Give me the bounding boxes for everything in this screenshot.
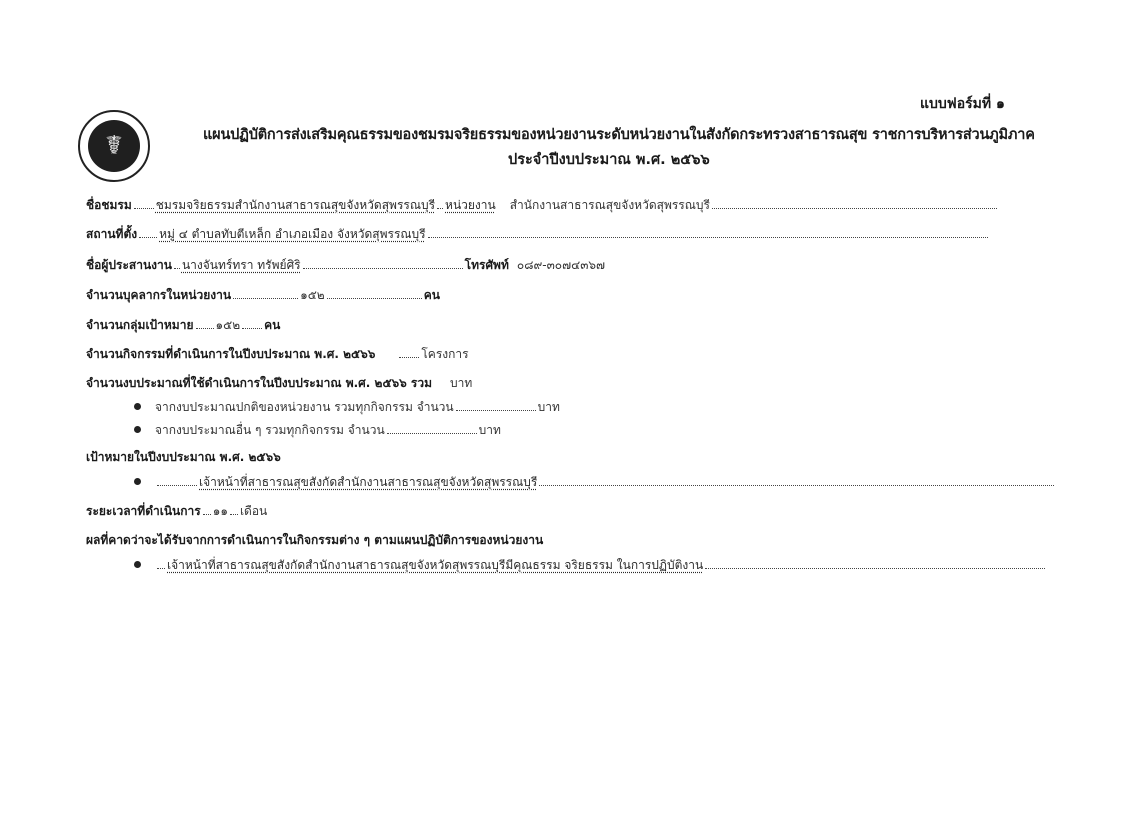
caduceus-icon: ☤: [88, 120, 140, 172]
staff-unit: คน: [424, 286, 440, 305]
duration-value: ๑๑: [213, 502, 228, 521]
club-value: ชมรมจริยธรรมสำนักงานสาธารณสุขจังหวัดสุพร…: [156, 196, 435, 215]
budget-unit: บาท: [450, 374, 472, 393]
staff-row: จำนวนบุคลากรในหน่วยงาน ๑๕๒ คน: [86, 286, 440, 305]
target-group-label: จำนวนกลุ่มเป้าหมาย: [86, 316, 194, 335]
document-subtitle: ประจำปีงบประมาณ พ.ศ. ๒๕๖๖: [508, 148, 710, 171]
staff-label: จำนวนบุคลากรในหน่วยงาน: [86, 286, 231, 305]
coordinator-label: ชื่อผู้ประสานงาน: [86, 256, 172, 275]
activities-unit: โครงการ: [421, 345, 468, 364]
budget-item: จากงบประมาณปกติของหน่วยงาน รวมทุกกิจกรรม…: [134, 398, 560, 417]
activities-row: จำนวนกิจกรรมที่ดำเนินการในปีงบประมาณ พ.ศ…: [86, 345, 469, 364]
budget-row: จำนวนงบประมาณที่ใช้ดำเนินการในปีงบประมาณ…: [86, 374, 472, 393]
duration-row: ระยะเวลาที่ดำเนินการ ๑๑ เดือน: [86, 502, 267, 521]
unit-value: สำนักงานสาธารณสุขจังหวัดสุพรรณบุรี: [510, 196, 710, 215]
location-row: สถานที่ตั้ง หมู่ ๔ ตำบลทับตีเหล็ก อำเภอเ…: [86, 225, 990, 244]
duration-unit: เดือน: [240, 502, 267, 521]
club-row: ชื่อชมรม ชมรมจริยธรรมสำนักงานสาธารณสุขจั…: [86, 196, 999, 215]
target-group-unit: คน: [264, 316, 280, 335]
phone-value: ๐๘๙-๓๐๗๔๓๖๗: [517, 256, 605, 275]
budget-label: จำนวนงบประมาณที่ใช้ดำเนินการในปีงบประมาณ…: [86, 374, 432, 393]
location-label: สถานที่ตั้ง: [86, 225, 137, 244]
expected-item: เจ้าหน้าที่สาธารณสุขสังกัดสำนักงานสาธารณ…: [134, 556, 1047, 575]
document-title: แผนปฏิบัติการส่งเสริมคุณธรรมของชมรมจริยธ…: [203, 123, 1035, 146]
activities-label: จำนวนกิจกรรมที่ดำเนินการในปีงบประมาณ พ.ศ…: [86, 345, 375, 364]
budget-item: จากงบประมาณอื่น ๆ รวมทุกกิจกรรม จำนวน บา…: [134, 421, 501, 440]
expected-label: ผลที่คาดว่าจะได้รับจากการดำเนินการในกิจก…: [86, 531, 543, 550]
unit-label: หน่วยงาน: [445, 196, 496, 215]
ministry-seal-logo: ☤: [78, 110, 150, 182]
goal-row: เป้าหมายในปีงบประมาณ พ.ศ. ๒๕๖๖: [86, 448, 281, 467]
bullet-icon: [134, 478, 141, 485]
coordinator-value: นางจันทร์ทรา ทรัพย์ศิริ: [182, 256, 301, 275]
goal-label: เป้าหมายในปีงบประมาณ พ.ศ. ๒๕๖๖: [86, 448, 281, 467]
bullet-icon: [134, 426, 141, 433]
expected-row: ผลที่คาดว่าจะได้รับจากการดำเนินการในกิจก…: [86, 531, 543, 550]
location-value: หมู่ ๔ ตำบลทับตีเหล็ก อำเภอเมือง จังหวัด…: [159, 225, 426, 244]
coordinator-row: ชื่อผู้ประสานงาน นางจันทร์ทรา ทรัพย์ศิริ…: [86, 256, 605, 275]
bullet-icon: [134, 403, 141, 410]
duration-label: ระยะเวลาที่ดำเนินการ: [86, 502, 201, 521]
form-number: แบบฟอร์มที่ ๑: [920, 93, 1005, 115]
target-group-value: ๑๕๒: [216, 316, 241, 335]
target-group-row: จำนวนกลุ่มเป้าหมาย ๑๕๒ คน: [86, 316, 280, 335]
phone-label: โทรศัพท์: [465, 256, 509, 275]
club-label: ชื่อชมรม: [86, 196, 132, 215]
goal-item: เจ้าหน้าที่สาธารณสุขสังกัดสำนักงานสาธารณ…: [134, 473, 1056, 492]
bullet-icon: [134, 561, 141, 568]
staff-value: ๑๕๒: [300, 286, 325, 305]
